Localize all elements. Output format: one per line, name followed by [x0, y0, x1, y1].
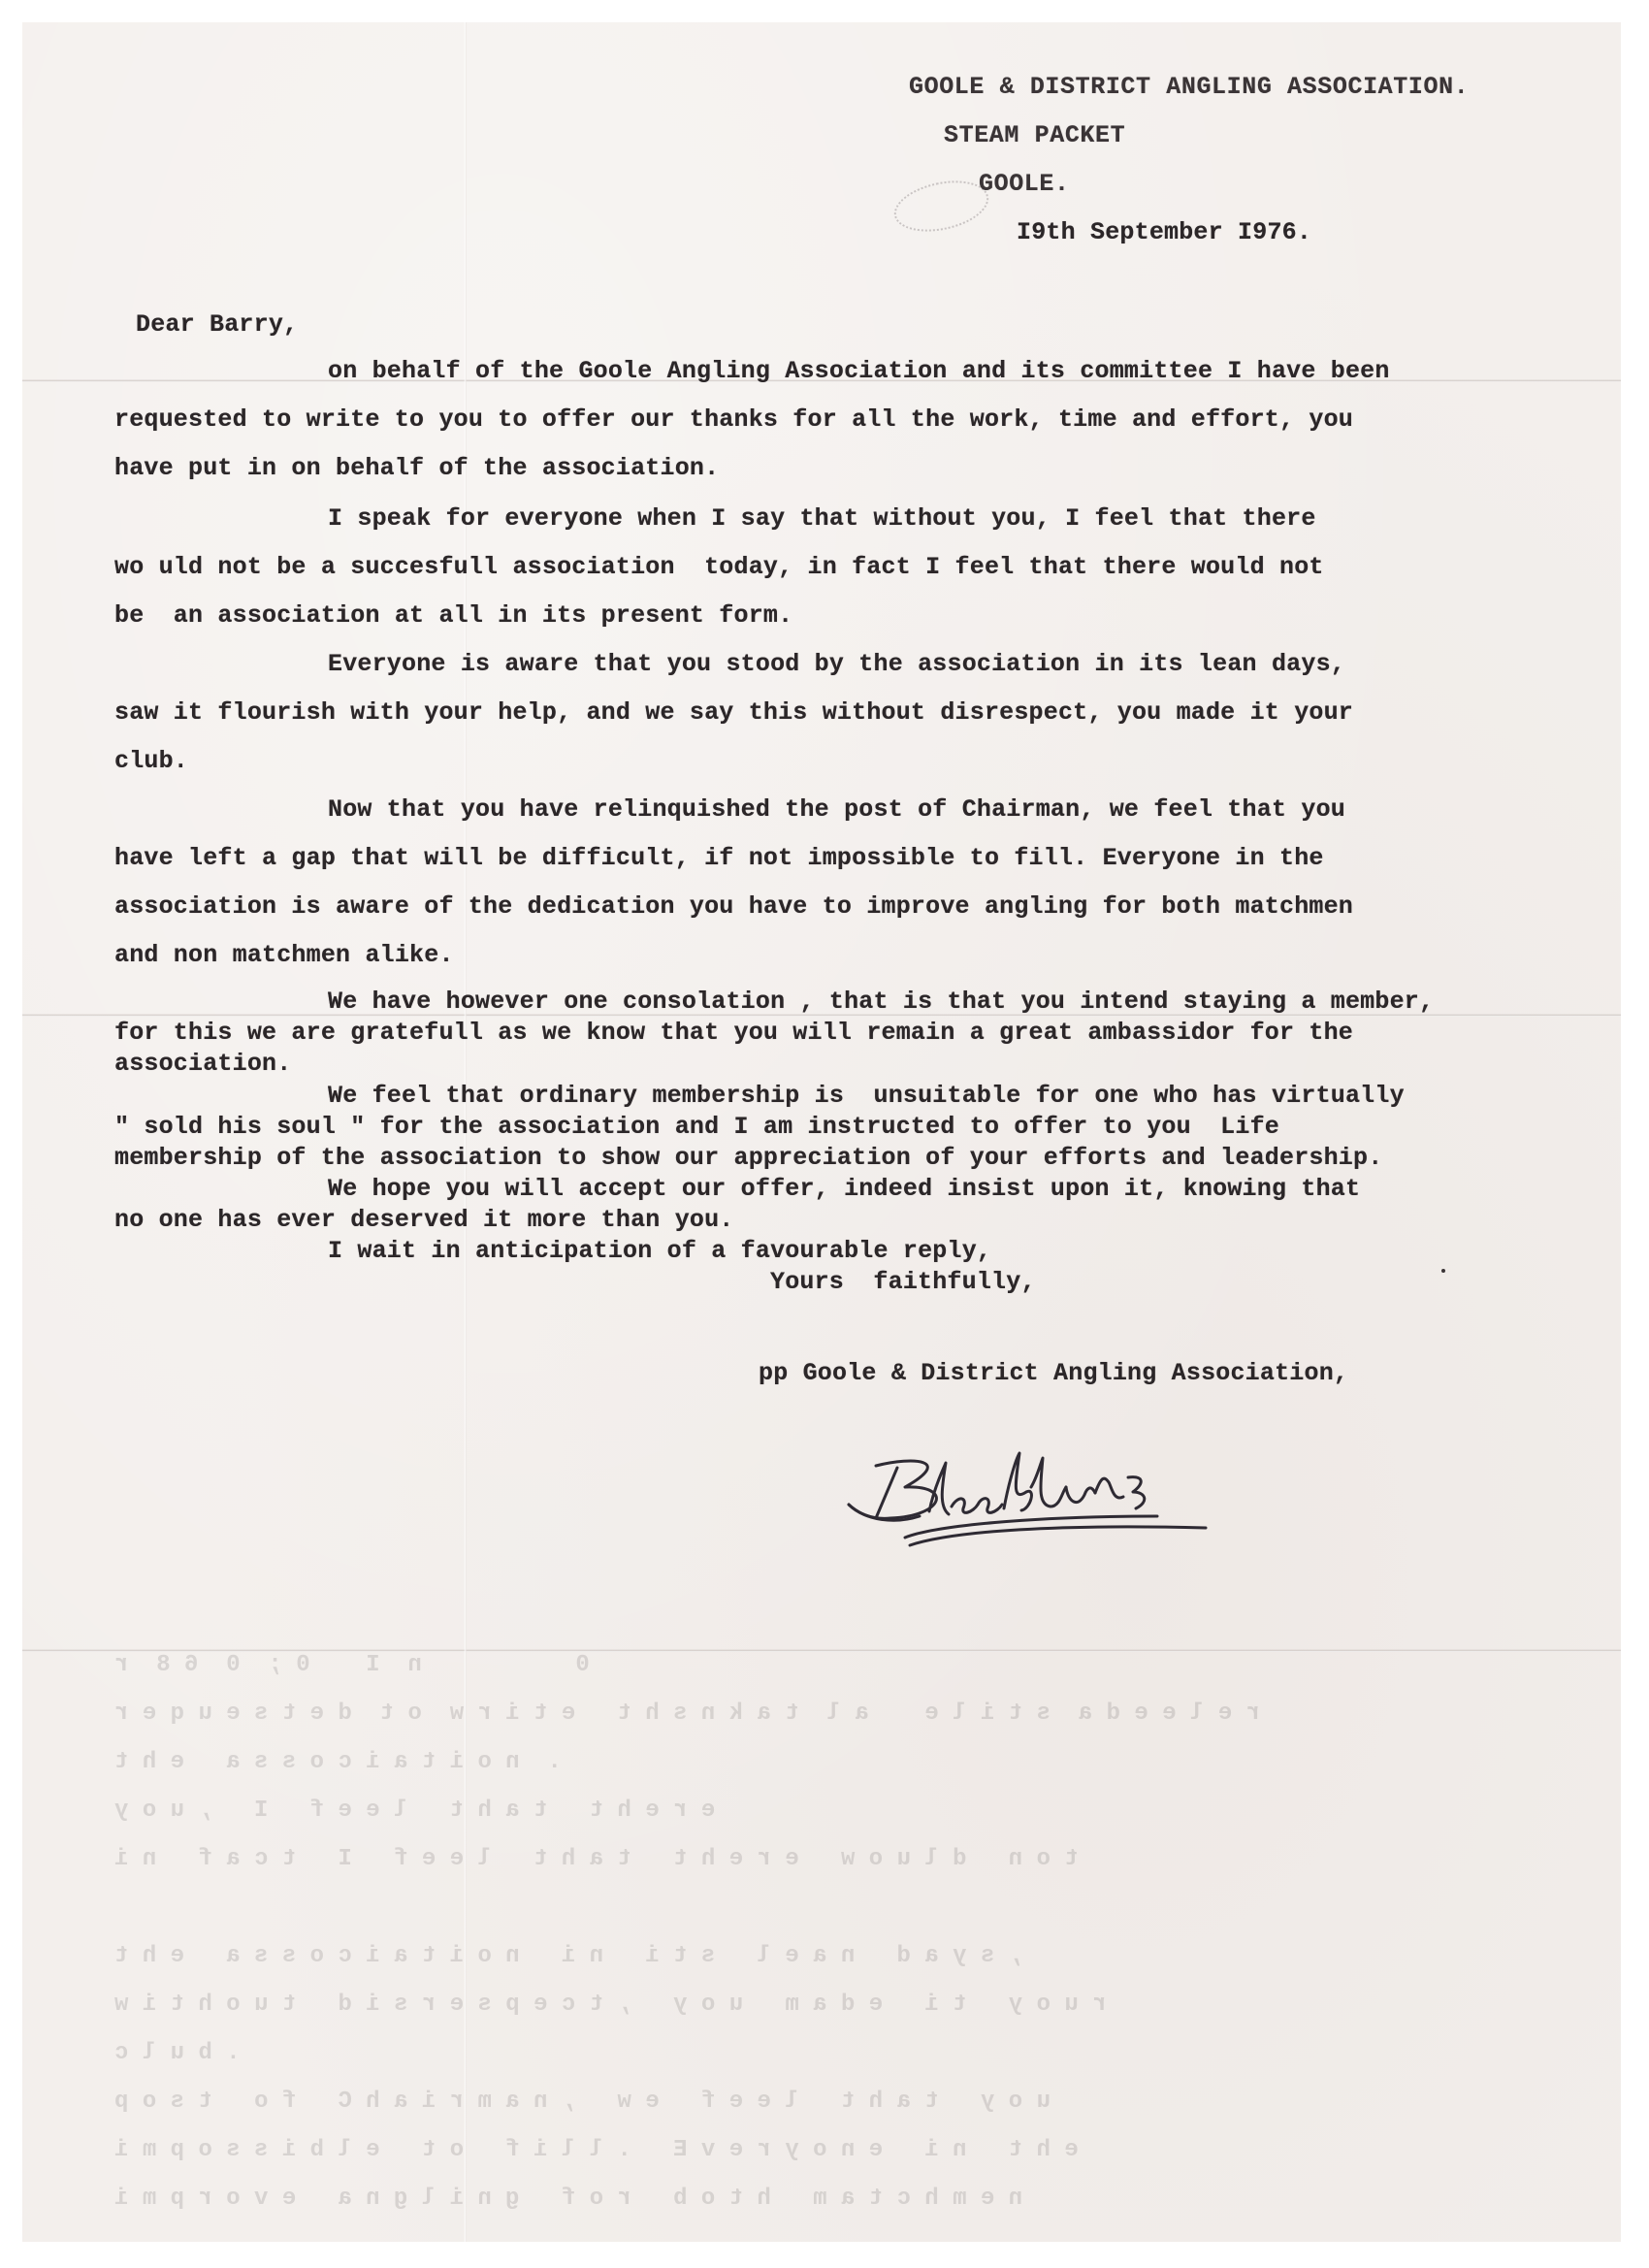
- show-through-text: r e l e e d a s t i l e a l t a k n s h …: [114, 1701, 1260, 1727]
- body-line: wo uld not be a succesfull association t…: [114, 553, 1324, 581]
- body-line: We hope you will accept our offer, indee…: [328, 1175, 1360, 1203]
- body-line: association is aware of the dedication y…: [114, 892, 1353, 921]
- letterhead-address-line-2: GOOLE.: [979, 170, 1070, 198]
- body-line: saw it flourish with your help, and we s…: [114, 698, 1353, 727]
- salutation: Dear Barry,: [136, 310, 298, 339]
- valediction: Yours faithfully,: [770, 1268, 1036, 1296]
- body-line: have put in on behalf of the association…: [114, 454, 719, 482]
- letterhead-address-line-1: STEAM PACKET: [944, 121, 1125, 149]
- body-line: Everyone is aware that you stood by the …: [328, 650, 1345, 678]
- body-line: I wait in anticipation of a favourable r…: [328, 1237, 991, 1265]
- body-line: " sold his soul " for the association an…: [114, 1113, 1279, 1141]
- body-line: requested to write to you to offer our t…: [114, 405, 1353, 434]
- body-line: Now that you have relinquished the post …: [328, 795, 1345, 824]
- show-through-text: e r e h t t a h t l e e f I , u o y: [114, 1798, 953, 1824]
- letter-paper: GOOLE & DISTRICT ANGLING ASSOCIATION. ST…: [22, 22, 1621, 2242]
- body-line: We feel that ordinary membership is unsu…: [328, 1082, 1405, 1110]
- show-through-text: . b u l c: [114, 2040, 1120, 2066]
- body-line: association.: [114, 1050, 291, 1078]
- show-through-text: r u o y t i e d a m u o y , t c e p s e …: [114, 1992, 1107, 2018]
- body-line: I speak for everyone when I say that wit…: [328, 504, 1316, 533]
- pp-signatory-line: pp Goole & District Angling Association,: [759, 1359, 1348, 1387]
- body-line: no one has ever deserved it more than yo…: [114, 1206, 734, 1234]
- body-line: club.: [114, 747, 188, 775]
- body-line: on behalf of the Goole Angling Associati…: [328, 357, 1390, 385]
- body-line: We have however one consolation , that i…: [328, 988, 1434, 1016]
- faded-stamp-mark: [889, 173, 993, 240]
- show-through-text: e h t n i e n o y r e v E . l l i f o t …: [114, 2137, 1079, 2163]
- body-line: have left a gap that will be difficult, …: [114, 844, 1324, 872]
- ink-speck: [1441, 1269, 1445, 1273]
- body-line: membership of the association to show ou…: [114, 1144, 1382, 1172]
- body-line: be an association at all in its present …: [114, 601, 792, 630]
- handwritten-signature: Blackburn: [837, 1448, 1245, 1555]
- letterhead-organisation: GOOLE & DISTRICT ANGLING ASSOCIATION.: [909, 73, 1469, 101]
- body-line: for this we are gratefull as we know tha…: [114, 1019, 1353, 1047]
- show-through-text: , s y a d n a e l s t i n i n o i t a i …: [114, 1943, 1064, 1969]
- show-through-text: t o n d l u o w e r e h t t a h t l e e …: [114, 1846, 1107, 1872]
- body-line: and non matchmen alike.: [114, 941, 454, 969]
- show-through-text: . n o i t a i c o s s a e h t: [114, 1749, 1148, 1775]
- show-through-text: u o y t a h t l e e f e w , n a m r i a …: [114, 2089, 1051, 2115]
- letter-date: I9th September I976.: [1017, 218, 1311, 246]
- show-through-text: n e m h c t a m h t o b r o f g n i l g …: [114, 2186, 1022, 2212]
- show-through-text: 0 n I 0 ; 0 6 8 r: [114, 1652, 939, 1678]
